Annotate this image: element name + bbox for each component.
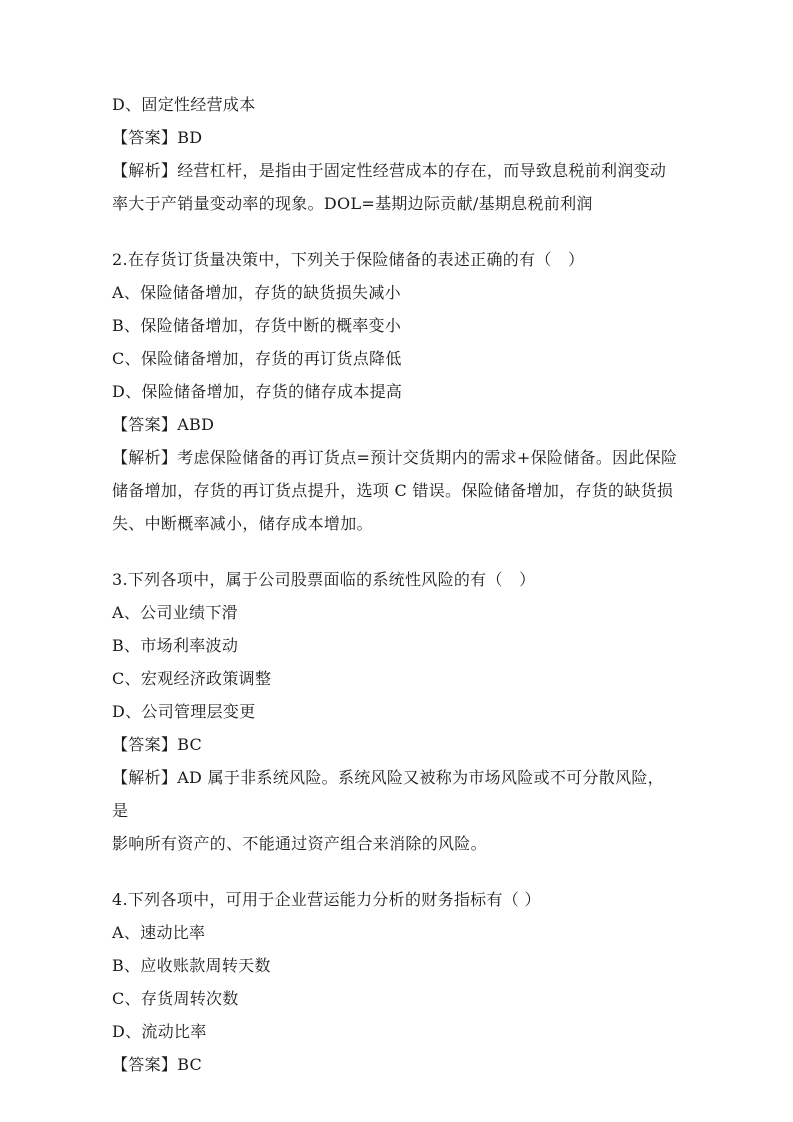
q4-option-d: D、流动比率 <box>112 1015 679 1048</box>
q1-option-d: D、固定性经营成本 <box>112 88 679 121</box>
question-3-block: 3.下列各项中，属于公司股票面临的系统性风险的有（ ） A、公司业绩下滑 B、市… <box>112 563 679 860</box>
q1-analysis-line-2: 率大于产销量变动率的现象。DOL=基期边际贡献/基期息税前利润 <box>112 187 679 220</box>
q3-option-a: A、公司业绩下滑 <box>112 596 679 629</box>
q2-option-b: B、保险储备增加，存货中断的概率变小 <box>112 309 679 342</box>
q2-option-c: C、保险储备增加，存货的再订货点降低 <box>112 342 679 375</box>
q3-option-c: C、宏观经济政策调整 <box>112 662 679 695</box>
q1-analysis-line-1: 【解析】经营杠杆，是指由于固定性经营成本的存在，而导致息税前利润变动 <box>112 154 679 187</box>
q3-option-d: D、公司管理层变更 <box>112 695 679 728</box>
q2-analysis-line-2: 储备增加，存货的再订货点提升，选项 C 错误。保险储备增加，存货的缺货损 <box>112 474 679 507</box>
document-page: D、固定性经营成本 【答案】BD 【解析】经营杠杆，是指由于固定性经营成本的存在… <box>0 0 793 1122</box>
q2-answer: 【答案】ABD <box>112 408 679 441</box>
q3-answer: 【答案】BC <box>112 728 679 761</box>
q3-option-b: B、市场利率波动 <box>112 629 679 662</box>
question-1-partial-block: D、固定性经营成本 【答案】BD 【解析】经营杠杆，是指由于固定性经营成本的存在… <box>112 88 679 220</box>
q2-option-d: D、保险储备增加，存货的储存成本提高 <box>112 375 679 408</box>
q3-analysis-line-2: 影响所有资产的、不能通过资产组合来消除的风险。 <box>112 827 679 860</box>
q3-analysis-line-1: 【解析】AD 属于非系统风险。系统风险又被称为市场风险或不可分散风险，是 <box>112 761 679 827</box>
q4-answer: 【答案】BC <box>112 1048 679 1081</box>
q3-stem: 3.下列各项中，属于公司股票面临的系统性风险的有（ ） <box>112 563 679 596</box>
q4-option-b: B、应收账款周转天数 <box>112 949 679 982</box>
q1-answer: 【答案】BD <box>112 121 679 154</box>
question-2-block: 2.在存货订货量决策中，下列关于保险储备的表述正确的有（ ） A、保险储备增加，… <box>112 243 679 540</box>
question-4-block: 4.下列各项中，可用于企业营运能力分析的财务指标有（ ） A、速动比率 B、应收… <box>112 883 679 1081</box>
q2-stem: 2.在存货订货量决策中，下列关于保险储备的表述正确的有（ ） <box>112 243 679 276</box>
q4-option-c: C、存货周转次数 <box>112 982 679 1015</box>
q4-stem: 4.下列各项中，可用于企业营运能力分析的财务指标有（ ） <box>112 883 679 916</box>
q2-analysis-line-3: 失、中断概率减小，储存成本增加。 <box>112 507 679 540</box>
q4-option-a: A、速动比率 <box>112 916 679 949</box>
q2-analysis-line-1: 【解析】考虑保险储备的再订货点=预计交货期内的需求+保险储备。因此保险 <box>112 441 679 474</box>
q2-option-a: A、保险储备增加，存货的缺货损失减小 <box>112 276 679 309</box>
